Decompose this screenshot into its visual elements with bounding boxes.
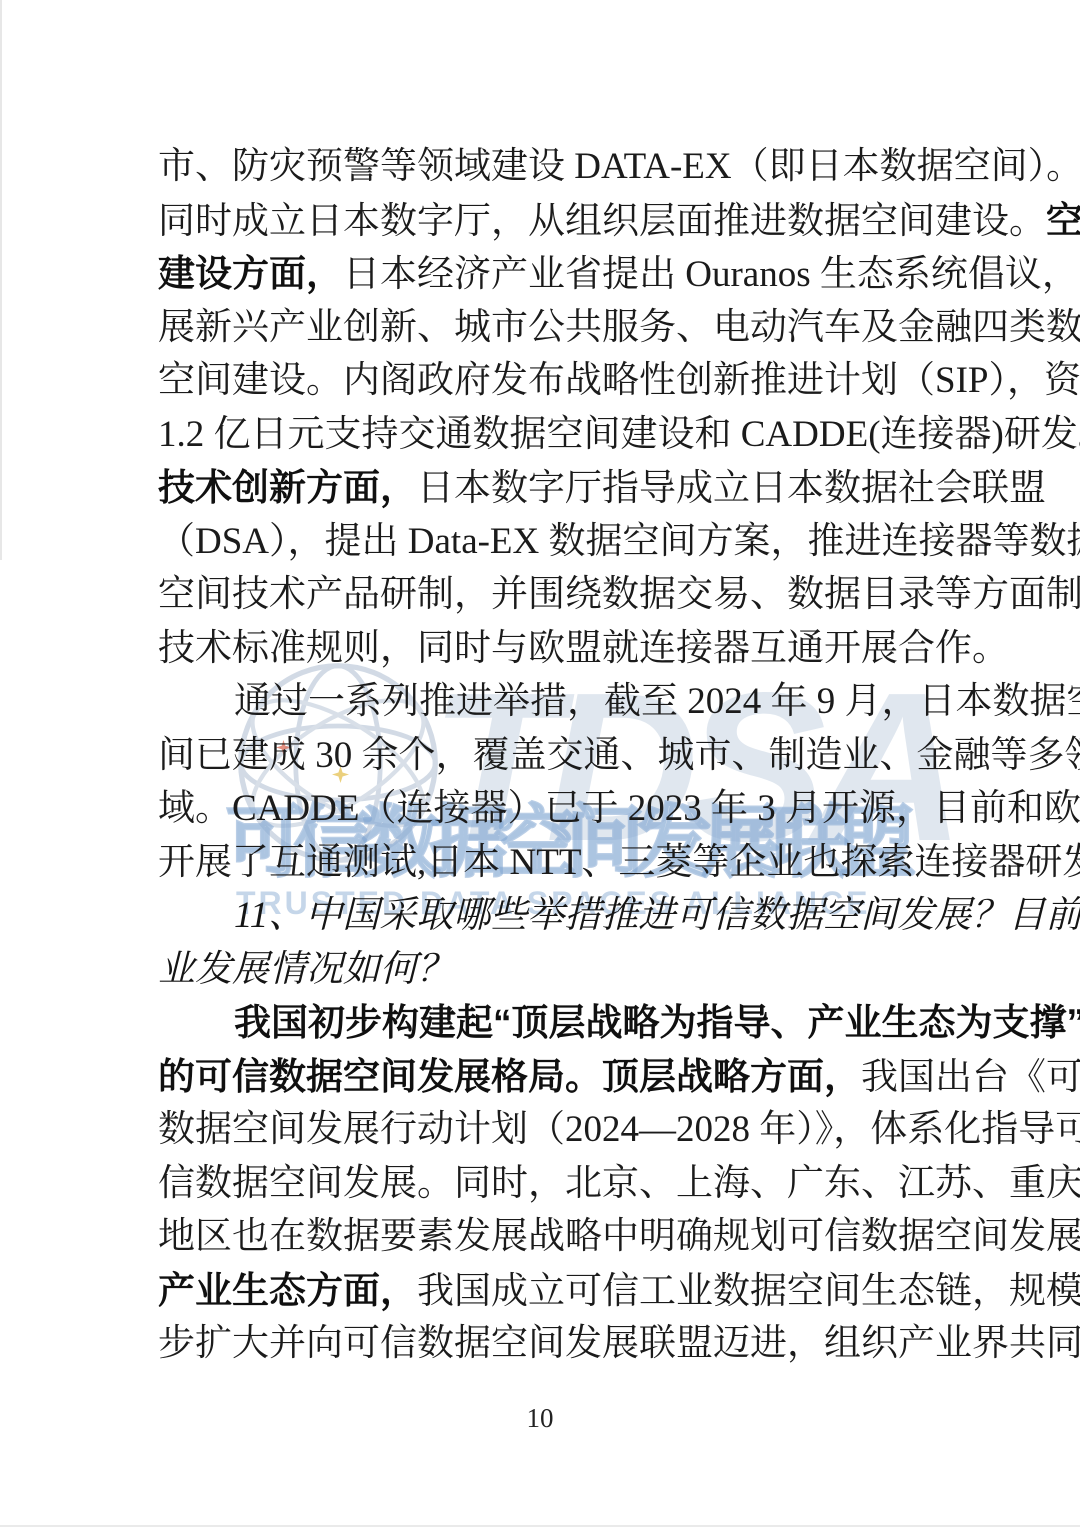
text-run: 域。CADDE（连接器）已于 2023 年 3 月开源，目前和欧洲 xyxy=(158,788,1080,829)
text-run: 信数据空间发展。同时，北京、上海、广东、江苏、重庆等 xyxy=(158,1163,1080,1204)
text-block: 市、防灾预警等领域建设 DATA-EX（即日本数据空间）。同时成立日本数字厅，从… xyxy=(158,140,922,1371)
text-line: 市、防灾预警等领域建设 DATA-EX（即日本数据空间）。 xyxy=(158,140,922,194)
text-run: 地区也在数据要素发展战略中明确规划可信数据空间发展。 xyxy=(158,1216,1080,1257)
text-run: 空间 xyxy=(1046,200,1080,241)
text-run: 开展了互通测试,日本 NTT、三菱等企业也探索连接器研发。 xyxy=(158,842,1080,883)
text-line: 展新兴产业创新、城市公共服务、电动汽车及金融四类数据 xyxy=(158,301,922,355)
text-run: 日本经济产业省提出 Ouranos 生态系统倡议，开 xyxy=(343,254,1080,295)
text-run: 1.2 亿日元支持交通数据空间建设和 CADDE(连接器)研发。 xyxy=(158,414,1080,455)
text-line: 业发展情况如何？ xyxy=(158,943,922,997)
text-run: 11、中国采取哪些举措推进可信数据空间发展？目前产 xyxy=(234,895,1080,936)
document-page: TDSA 可信数据空间发展联盟 TRUSTED DATA SPACES ALLI… xyxy=(0,0,1080,1527)
text-line: 技术创新方面，日本数字厅指导成立日本数据社会联盟 xyxy=(158,461,922,515)
text-line: 信数据空间发展。同时，北京、上海、广东、江苏、重庆等 xyxy=(158,1157,922,1211)
text-line: 空间技术产品研制，并围绕数据交易、数据目录等方面制定 xyxy=(158,568,922,622)
text-run: 空间技术产品研制，并围绕数据交易、数据目录等方面制定 xyxy=(158,574,1080,615)
text-line: 步扩大并向可信数据空间发展联盟迈进，组织产业界共同研 xyxy=(158,1317,922,1371)
text-line: 产业生态方面，我国成立可信工业数据空间生态链，规模逐 xyxy=(158,1264,922,1318)
text-run: 步扩大并向可信数据空间发展联盟迈进，组织产业界共同研 xyxy=(158,1323,1080,1364)
text-run: 技术标准规则，同时与欧盟就连接器互通开展合作。 xyxy=(158,628,1009,669)
scan-edge-artifact-left xyxy=(0,0,2,560)
text-line: 建设方面，日本经济产业省提出 Ouranos 生态系统倡议，开 xyxy=(158,247,922,301)
text-line: 数据空间发展行动计划（2024—2028 年）》，体系化指导可 xyxy=(158,1103,922,1157)
text-run: 技术创新方面， xyxy=(158,467,417,508)
text-run: 展新兴产业创新、城市公共服务、电动汽车及金融四类数据 xyxy=(158,307,1080,348)
text-line: 技术标准规则，同时与欧盟就连接器互通开展合作。 xyxy=(158,622,922,676)
text-run: 间已建成 30 余个，覆盖交通、城市、制造业、金融等多领 xyxy=(158,735,1080,776)
page-number: 10 xyxy=(0,1403,1080,1434)
text-line: （DSA），提出 Data-EX 数据空间方案，推进连接器等数据 xyxy=(158,515,922,569)
text-line: 我国初步构建起“顶层战略为指导、产业生态为支撑” xyxy=(158,996,922,1050)
text-run: 同时成立日本数字厅，从组织层面推进数据空间建设。 xyxy=(158,201,1046,242)
text-run: 通过一系列推进举措，截至 2024 年 9 月，日本数据空 xyxy=(234,681,1080,722)
text-run: 我国初步构建起“顶层战略为指导、产业生态为支撑” xyxy=(234,1002,1080,1043)
text-line: 同时成立日本数字厅，从组织层面推进数据空间建设。空间 xyxy=(158,194,922,248)
text-run: 空间建设。内阁政府发布战略性创新推进计划（SIP），资助 xyxy=(158,360,1080,401)
text-line: 开展了互通测试,日本 NTT、三菱等企业也探索连接器研发。 xyxy=(158,836,922,890)
text-run: 业发展情况如何？ xyxy=(158,949,454,990)
text-line: 1.2 亿日元支持交通数据空间建设和 CADDE(连接器)研发。 xyxy=(158,408,922,462)
text-line: 地区也在数据要素发展战略中明确规划可信数据空间发展。 xyxy=(158,1210,922,1264)
text-line: 通过一系列推进举措，截至 2024 年 9 月，日本数据空 xyxy=(158,675,922,729)
text-run: 日本数字厅指导成立日本数据社会联盟 xyxy=(417,468,1046,509)
text-run: 我国成立可信工业数据空间生态链，规模逐 xyxy=(417,1271,1080,1312)
text-line: 11、中国采取哪些举措推进可信数据空间发展？目前产 xyxy=(158,889,922,943)
text-run: 市、防灾预警等领域建设 DATA-EX（即日本数据空间）。 xyxy=(158,146,1080,187)
text-run: 建设方面， xyxy=(158,253,343,294)
text-run: 的可信数据空间发展格局。顶层战略方面， xyxy=(158,1056,861,1097)
text-line: 间已建成 30 余个，覆盖交通、城市、制造业、金融等多领 xyxy=(158,729,922,783)
text-run: 产业生态方面， xyxy=(158,1270,417,1311)
text-line: 空间建设。内阁政府发布战略性创新推进计划（SIP），资助 xyxy=(158,354,922,408)
text-run: 数据空间发展行动计划（2024—2028 年）》，体系化指导可 xyxy=(158,1109,1080,1150)
text-run: 我国出台《可信 xyxy=(861,1057,1080,1098)
text-line: 域。CADDE（连接器）已于 2023 年 3 月开源，目前和欧洲 xyxy=(158,782,922,836)
text-line: 的可信数据空间发展格局。顶层战略方面，我国出台《可信 xyxy=(158,1050,922,1104)
text-run: （DSA），提出 Data-EX 数据空间方案，推进连接器等数据 xyxy=(158,521,1080,562)
